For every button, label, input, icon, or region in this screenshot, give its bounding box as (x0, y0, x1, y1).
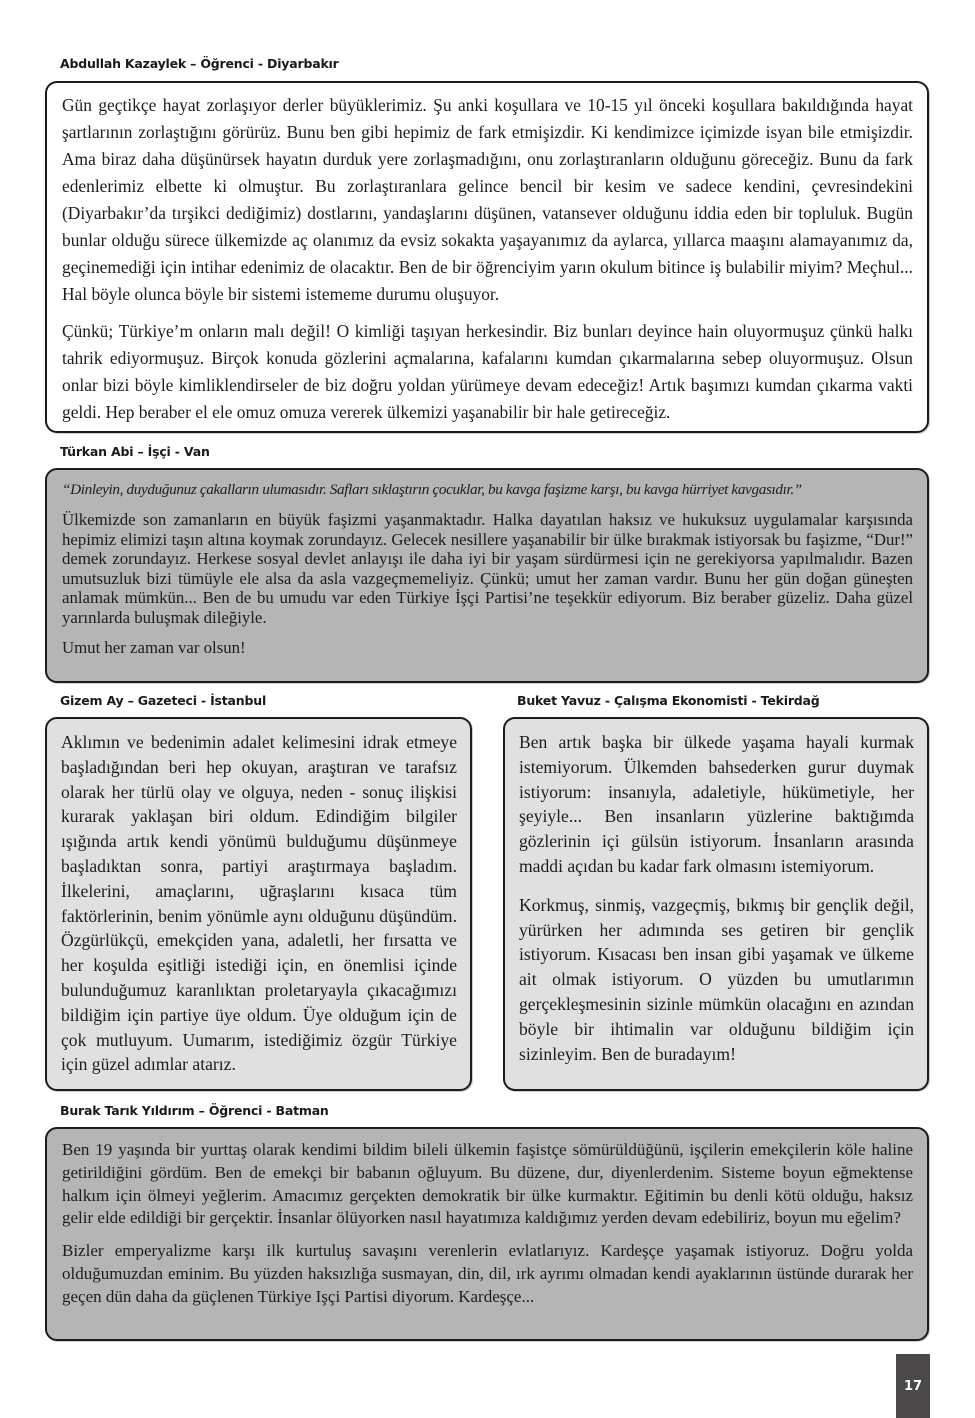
testimonial-paragraph: Umut her zaman var olsun! (62, 638, 913, 658)
testimonial-box: Ben artık başka bir ülkede yaşama hayali… (503, 717, 929, 1091)
testimonial-box: Gün geçtikçe hayat zorlaşıyor derler büy… (45, 81, 929, 433)
testimonial-paragraph: Bizler emperyalizme karşı ilk kurtuluş s… (62, 1240, 913, 1308)
testimonial-heading: Buket Yavuz - Çalışma Ekonomisti - Tekir… (517, 693, 820, 708)
testimonial-heading: Burak Tarık Yıldırım – Öğrenci - Batman (60, 1103, 329, 1118)
testimonial-box: Ben 19 yaşında bir yurttaş olarak kendim… (45, 1127, 929, 1341)
testimonial-paragraph: Ülkemizde son zamanların en büyük faşizm… (62, 510, 913, 628)
testimonial-paragraph: Aklımın ve bedenimin adalet kelimesini i… (61, 730, 457, 1077)
magazine-page: Abdullah Kazaylek – Öğrenci - Diyarbakır… (0, 0, 975, 1418)
testimonial-box: “Dinleyin, duyduğunuz çakalların uluması… (45, 468, 929, 683)
page-number-label: 17 (904, 1379, 922, 1394)
testimonial-paragraph: Çünkü; Türkiye’m onların malı değil! O k… (62, 318, 913, 426)
testimonial-paragraph: Korkmuş, sinmiş, vazgeçmiş, bıkmış bir g… (519, 893, 914, 1067)
testimonial-quote: “Dinleyin, duyduğunuz çakalların uluması… (62, 480, 913, 500)
testimonial-paragraph: Gün geçtikçe hayat zorlaşıyor derler büy… (62, 92, 913, 308)
testimonial-box: Aklımın ve bedenimin adalet kelimesini i… (45, 717, 472, 1091)
testimonial-heading: Gizem Ay – Gazeteci - İstanbul (60, 693, 266, 708)
testimonial-paragraph: Ben artık başka bir ülkede yaşama hayali… (519, 730, 914, 879)
page-number: 17 (896, 1354, 930, 1418)
testimonial-heading: Türkan Abi – İşçi - Van (60, 444, 210, 459)
testimonial-paragraph: Ben 19 yaşında bir yurttaş olarak kendim… (62, 1139, 913, 1230)
testimonial-heading: Abdullah Kazaylek – Öğrenci - Diyarbakır (60, 56, 339, 71)
